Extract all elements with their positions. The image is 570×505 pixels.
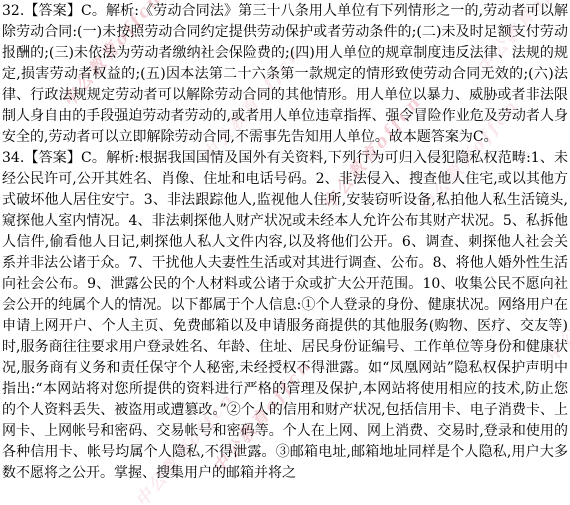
answer-text-block: 32.【答案】C。解析:《劳动合同法》第三十八条用人单位有下列情形之一的,劳动者… <box>2 1 568 484</box>
document-page: 中公教育offcn 中公教育offcn 中公教育offcn 中公教育offcn … <box>0 0 570 505</box>
answer-paragraph-q32: 32.【答案】C。解析:《劳动合同法》第三十八条用人单位有下列情形之一的,劳动者… <box>2 1 568 148</box>
answer-paragraph-q34: 34.【答案】C。解析:根据我国国情及国外有关资料,下列行为可归入侵犯隐私权范畴… <box>2 148 568 484</box>
